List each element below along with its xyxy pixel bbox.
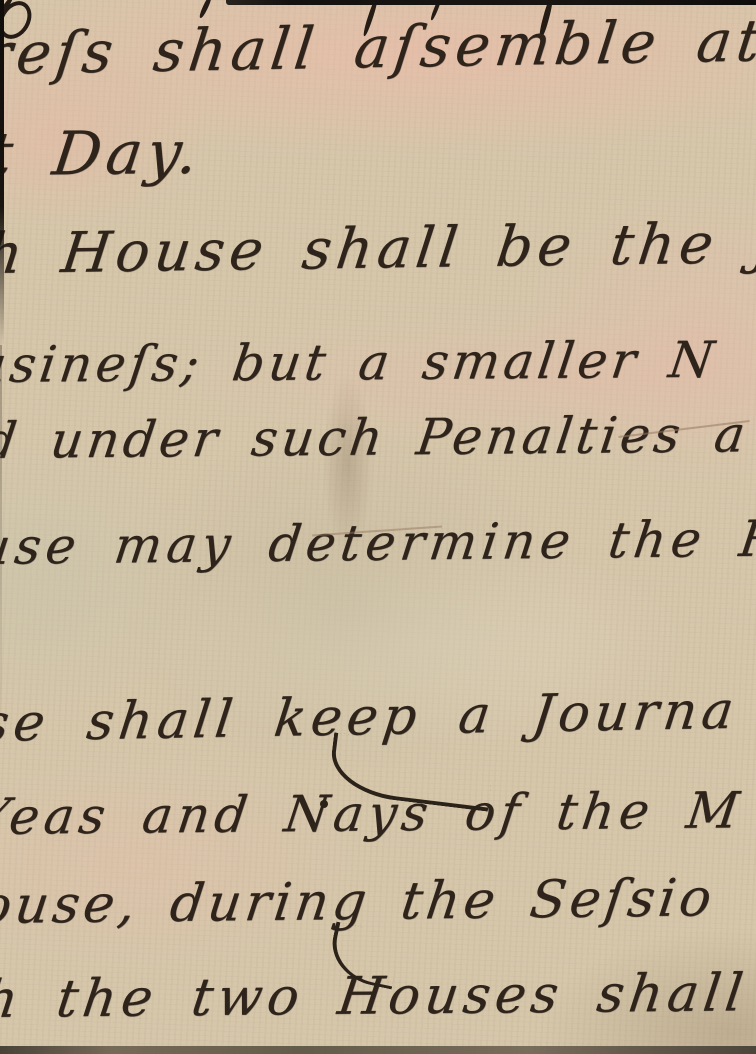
handwritten-line-determine-rules: use may determine the R — [0, 510, 756, 576]
handwritten-line-appoint-day: t Day. — [0, 118, 207, 190]
journal-j-descender-dot — [320, 800, 328, 808]
handwritten-line-under-penalties: d under such Penalties a — [0, 405, 752, 470]
handwritten-line-congress-assemble: reſs shall aſsemble at — [0, 6, 756, 88]
scan-edge-left — [0, 0, 4, 345]
handwritten-line-each-house-judge: h House shall be the J — [0, 211, 756, 287]
scan-edge-top — [226, 0, 756, 5]
manuscript-page: reſs shall aſsemble at t Day. h House sh… — [0, 0, 756, 1054]
handwritten-line-business-smaller: usineſs; but a smaller N — [0, 331, 721, 394]
scan-edge-bottom — [0, 1046, 756, 1054]
scan-edge-left-faint — [0, 345, 2, 745]
